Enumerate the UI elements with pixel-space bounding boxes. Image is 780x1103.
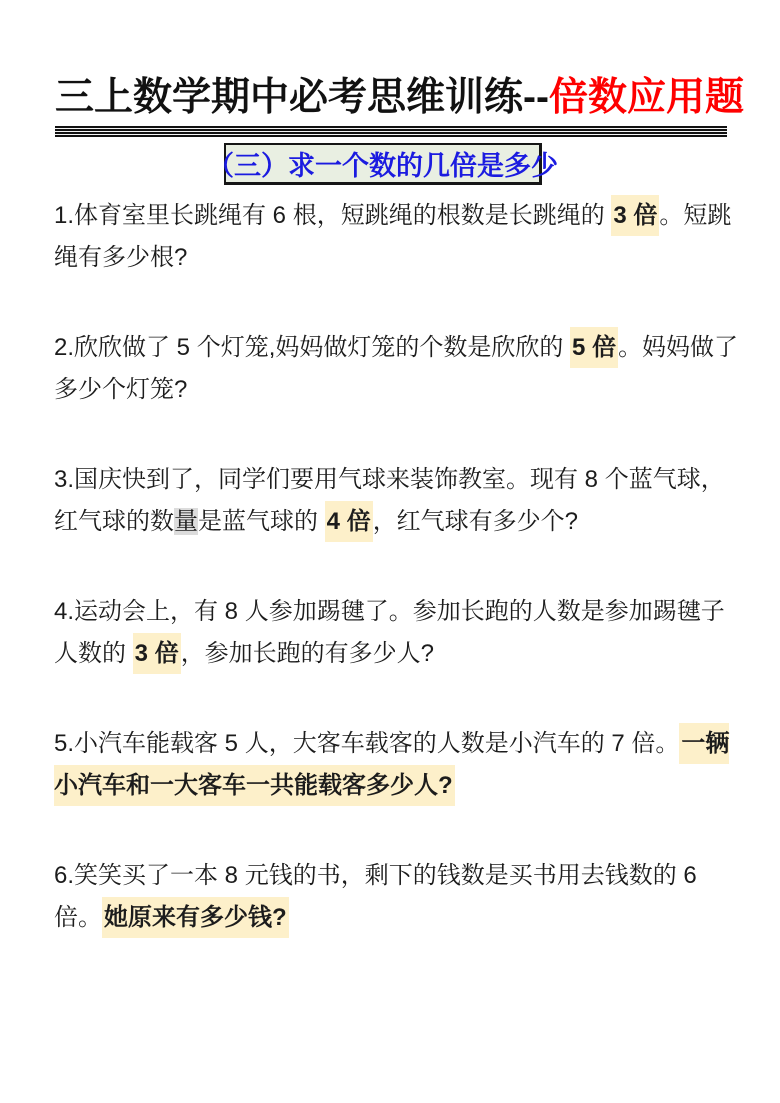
problem-5: 5.小汽车能载客 5 人，大客车载客的人数是小汽车的 7 倍。一辆小汽车和一大客…	[54, 723, 748, 807]
highlighted-key-phrase: 4 倍	[325, 501, 373, 542]
page-title-black-part: 三上数学期中必考思维训练--	[55, 76, 549, 119]
title-separator-rule	[55, 126, 727, 137]
problem-2: 2.欣欣做了 5 个灯笼,妈妈做灯笼的个数是欣欣的 5 倍。妈妈做了多少个灯笼?	[54, 327, 748, 411]
highlighted-key-phrase: 她原来有多少钱?	[102, 897, 289, 938]
highlighted-key-phrase: 5 倍	[570, 327, 618, 368]
problem-4: 4.运动会上，有 8 人参加踢毽了。参加长跑的人数是参加踢毽子人数的 3 倍，参…	[54, 591, 748, 675]
problem-text: 5.小汽车能载客 5 人，大客车载客的人数是小汽车的 7 倍。	[54, 730, 679, 757]
problem-text: 2.欣欣做了 5 个灯笼,妈妈做灯笼的个数是欣欣的	[54, 334, 570, 361]
problem-6: 6.笑笑买了一本 8 元钱的书，剩下的钱数是买书用去钱数的 6 倍。她原来有多少…	[54, 855, 748, 939]
page-title-red-part: 倍数应用题	[549, 76, 744, 119]
highlighted-key-phrase: 3 倍	[133, 633, 181, 674]
worksheet-page: 三上数学期中必考思维训练--倍数应用题 （三）求一个数的几倍是多少 1.体育室里…	[0, 0, 780, 1103]
problem-list: 1.体育室里长跳绳有 6 根，短跳绳的根数是长跳绳的 3 倍。短跳绳有多少根?2…	[54, 195, 748, 987]
problem-text: 是蓝气球的	[198, 508, 325, 535]
highlighted-key-phrase: 3 倍	[611, 195, 659, 236]
section-heading: （三）求一个数的几倍是多少	[207, 144, 558, 183]
problem-text: ，红气球有多少个?	[373, 508, 578, 535]
problem-1: 1.体育室里长跳绳有 6 根，短跳绳的根数是长跳绳的 3 倍。短跳绳有多少根?	[54, 195, 748, 279]
problem-3: 3.国庆快到了，同学们要用气球来装饰教室。现有 8 个蓝气球，红气球的数量是蓝气…	[54, 459, 748, 543]
page-title: 三上数学期中必考思维训练--倍数应用题	[55, 72, 744, 124]
problem-text: ，参加长跑的有多少人?	[181, 640, 434, 667]
section-heading-box: （三）求一个数的几倍是多少	[224, 143, 542, 185]
gray-marked-character: 量	[174, 508, 198, 535]
problem-text: 1.体育室里长跳绳有 6 根，短跳绳的根数是长跳绳的	[54, 202, 611, 229]
